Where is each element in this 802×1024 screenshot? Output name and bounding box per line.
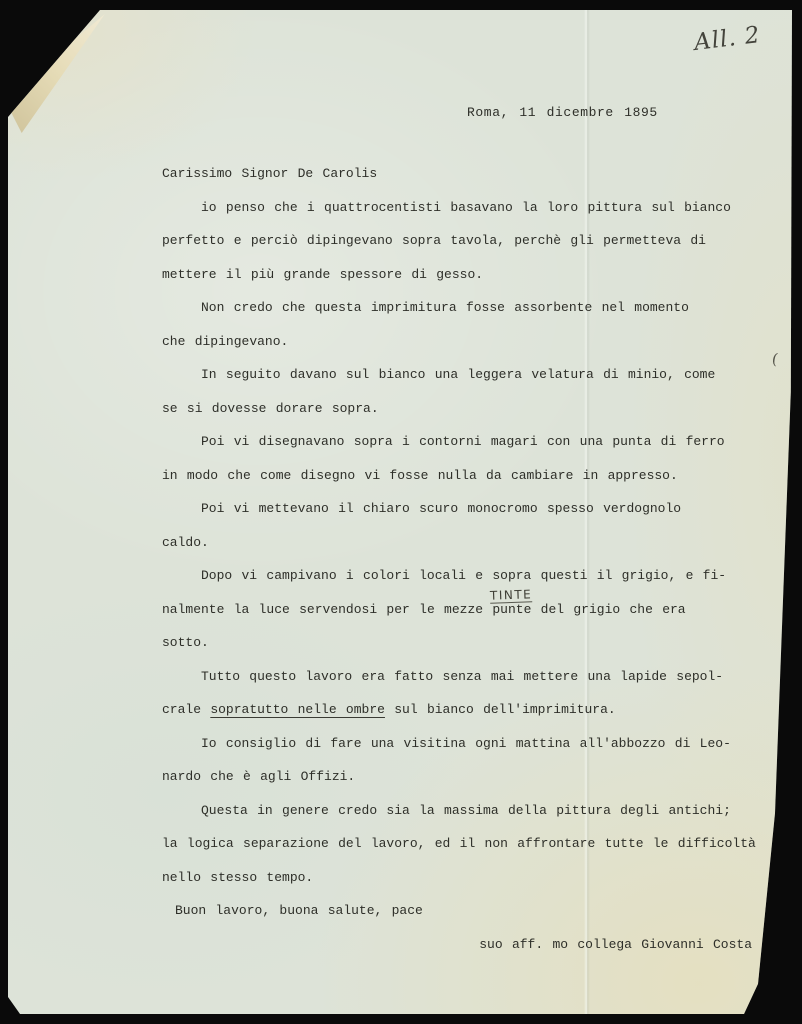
line-segment: sul bianco dell'imprimitura. xyxy=(385,702,616,717)
letter-line: Tutto questo lavoro era fatto senza mai … xyxy=(162,660,752,694)
letter-body: Carissimo Signor De Carolis io penso che… xyxy=(162,157,752,961)
line-segment: crale xyxy=(162,702,210,717)
letter-line: Io consiglio di fare una visitina ogni m… xyxy=(162,727,752,761)
line-segment: punte xyxy=(492,602,531,617)
letter-signature: suo aff. mo collega Giovanni Costa xyxy=(162,928,752,962)
letter-line-with-underline: crale sopratutto nelle ombre sul bianco … xyxy=(162,693,752,727)
letter-page: All. 2 Roma, 11 dicembre 1895 Carissimo … xyxy=(8,10,792,1014)
letter-line: perfetto e perciò dipingevano sopra tavo… xyxy=(162,224,752,258)
letter-line: Non credo che questa imprimitura fosse a… xyxy=(162,291,752,325)
letter-salutation: Carissimo Signor De Carolis xyxy=(162,157,752,191)
scanned-letter: All. 2 Roma, 11 dicembre 1895 Carissimo … xyxy=(0,0,802,1024)
line-segment: del grigio che era xyxy=(531,602,685,617)
letter-closing: Buon lavoro, buona salute, pace xyxy=(162,894,752,928)
letter-line: Poi vi mettevano il chiaro scuro monocro… xyxy=(162,492,752,526)
letter-line: Dopo vi campivano i colori locali e sopr… xyxy=(162,559,752,593)
letter-line: In seguito davano sul bianco una leggera… xyxy=(162,358,752,392)
letter-line-with-correction: nalmente la luce servendosi per le mezze… xyxy=(162,593,752,627)
letter-line: in modo che come disegno vi fosse nulla … xyxy=(162,459,752,493)
letter-line: mettere il più grande spessore di gesso. xyxy=(162,258,752,292)
pencil-margin-mark: ( xyxy=(771,350,780,369)
letter-line: nardo che è agli Offizi. xyxy=(162,760,752,794)
underlined-phrase: sopratutto nelle ombre xyxy=(210,702,385,717)
handwritten-attachment-note: All. 2 xyxy=(693,22,762,56)
letter-line: caldo. xyxy=(162,526,752,560)
corrected-word: TINTEpunte xyxy=(492,602,531,617)
letter-line: se si dovesse dorare sopra. xyxy=(162,392,752,426)
letter-line: io penso che i quattrocentisti basavano … xyxy=(162,191,752,225)
folded-corner xyxy=(4,5,108,133)
letter-date: Roma, 11 dicembre 1895 xyxy=(467,105,658,120)
letter-line: sotto. xyxy=(162,626,752,660)
line-segment: nalmente la luce servendosi per le mezze xyxy=(162,602,492,617)
letter-line: la logica separazione del lavoro, ed il … xyxy=(162,827,752,861)
letter-line: nello stesso tempo. xyxy=(162,861,752,895)
handwritten-tinte-correction: TINTE xyxy=(490,588,533,603)
letter-line: Questa in genere credo sia la massima de… xyxy=(162,794,752,828)
letter-line: Poi vi disegnavano sopra i contorni maga… xyxy=(162,425,752,459)
letter-line: che dipingevano. xyxy=(162,325,752,359)
